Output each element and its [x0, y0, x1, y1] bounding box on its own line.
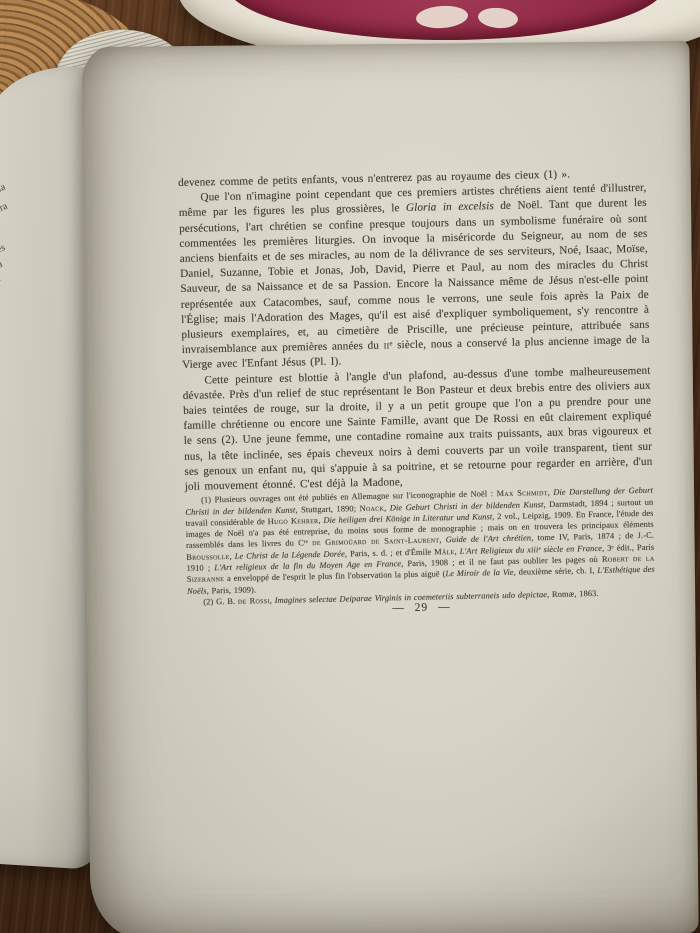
glaze-highlight — [477, 6, 519, 29]
left-page-text-fragment: ne — [0, 273, 3, 287]
footnote-1: (1) Plusieurs ouvrages ont été publiés e… — [185, 485, 655, 597]
left-page-text-fragment: la — [0, 259, 4, 272]
body-paragraph-2: Cette peinture est blottie à l'angle d'u… — [182, 363, 653, 495]
plate-glaze — [226, 0, 666, 40]
left-page-text-fragment: les — [0, 242, 7, 257]
body-paragraph-1: Que l'on n'imagine point cependant que c… — [178, 181, 650, 374]
left-page-text-fragment: et la — [0, 182, 7, 199]
book-photograph: et la aura les la ne us s ? é e à devene… — [0, 0, 700, 933]
printed-text-column: devenez comme de petits enfants, vous n'… — [178, 166, 656, 620]
left-page-text-fragment: aura — [0, 201, 9, 218]
glaze-highlight — [415, 4, 468, 30]
